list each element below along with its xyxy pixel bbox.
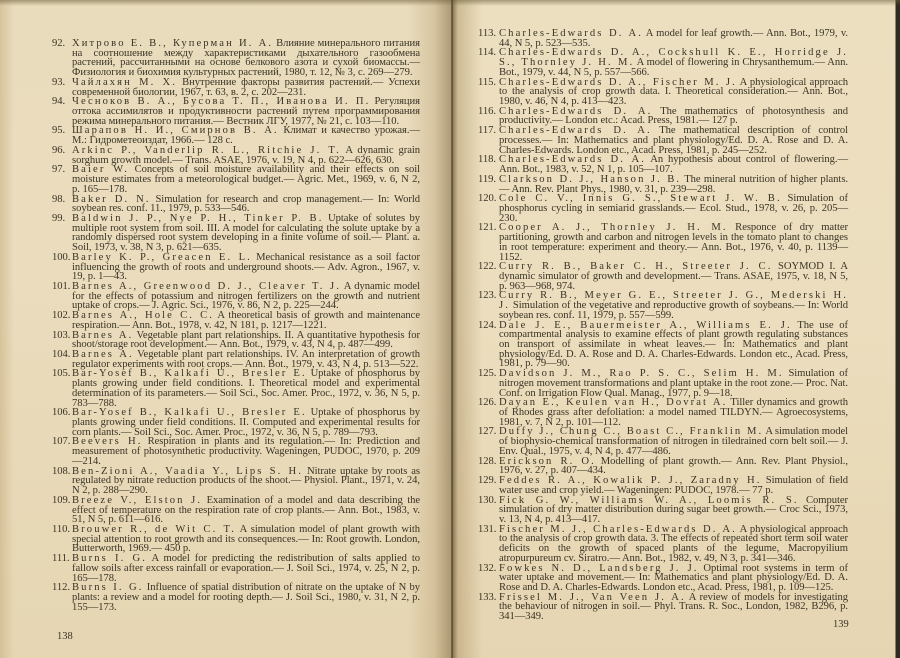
reference-number: 96.: [52, 146, 71, 156]
reference-number: 121.: [478, 223, 497, 233]
reference-item: 117.Charles-Edwards D. A. The mathematic…: [478, 126, 848, 155]
reference-number: 133.: [478, 593, 497, 603]
reference-number: 131.: [478, 525, 497, 535]
reference-item: 116.Charles-Edwards D. A. The mathematic…: [478, 107, 848, 126]
reference-number: 104.: [52, 350, 71, 360]
reference-item: 100.Barley K. P., Greacen E. L. Mechanic…: [52, 253, 420, 282]
reference-number: 93.: [52, 78, 71, 88]
reference-number: 108.: [52, 467, 71, 477]
reference-item: 125.Davidson J. M., Rao P. S. C., Selim …: [478, 369, 848, 398]
reference-item: 132.Fowkes N. D., Landsberg J. J. Optima…: [478, 564, 848, 593]
reference-number: 106.: [52, 408, 71, 418]
reference-number: 117.: [478, 126, 497, 136]
reference-item: 127.Duffy J., Chung C., Boast C., Frankl…: [478, 427, 848, 456]
reference-number: 120.: [478, 194, 497, 204]
page-top-shadow: [452, 0, 900, 6]
reference-item: 118.Charles-Edwards D. A. An hypothesis …: [478, 155, 848, 174]
reference-item: 97.Baier W. Concepts of soil moisture av…: [52, 165, 420, 194]
reference-item: 105.Bar-Yosef B., Kalkafi U., Bresler E.…: [52, 369, 420, 408]
page-number-right: 139: [833, 619, 849, 630]
reference-text: Simulation of the vegetative and reprodu…: [499, 300, 848, 321]
reference-number: 105.: [52, 369, 71, 379]
reference-number: 126.: [478, 398, 497, 408]
page-top-shadow: [0, 0, 452, 6]
reference-item: 94.Чесноков В. А., Бусова Т. П., Иванова…: [52, 97, 420, 126]
reference-number: 112.: [52, 583, 71, 593]
reference-number: 129.: [478, 476, 497, 486]
reference-number: 127.: [478, 427, 497, 437]
reference-item: 126.Dayan E., Keulen van H., Dovrat A. T…: [478, 398, 848, 427]
reference-item: 113.Charles-Edwards D. A. A model for le…: [478, 29, 848, 48]
reference-item: 115.Charles-Edwards D. A., Fischer M. J.…: [478, 78, 848, 107]
reference-item: 124.Dale J. E., Bauermeister A., William…: [478, 321, 848, 370]
reference-number: 98.: [52, 195, 71, 205]
reference-item: 112.Burns I. G. Influence of spatial dis…: [52, 583, 420, 612]
reference-item: 102.Barnes A., Hole C. C. A theoretical …: [52, 311, 420, 330]
reference-item: 111.Burns I. G. A model for predicting t…: [52, 554, 420, 583]
reference-number: 119.: [478, 175, 497, 185]
reference-number: 118.: [478, 155, 497, 165]
reference-number: 110.: [52, 525, 71, 535]
reference-list-right: 113.Charles-Edwards D. A. A model for le…: [478, 29, 848, 622]
reference-number: 100.: [52, 253, 71, 263]
reference-number: 125.: [478, 369, 497, 379]
reference-number: 101.: [52, 282, 71, 292]
reference-item: 95.Шарапов Н. И., Смирнов В. А. Климат и…: [52, 126, 420, 145]
reference-number: 107.: [52, 437, 71, 447]
reference-item: 106.Bar-Yosef B., Kalkafi U., Bresler E.…: [52, 408, 420, 437]
reference-item: 92.Хитрово Е. В., Куперман И. А. Влияние…: [52, 39, 420, 78]
reference-item: 129.Feddes R. A., Kowalik P. J., Zaradny…: [478, 476, 848, 495]
reference-number: 97.: [52, 165, 71, 175]
reference-number: 115.: [478, 78, 497, 88]
reference-number: 132.: [478, 564, 497, 574]
reference-item: 103.Barnes A. Vegetable plant part relat…: [52, 331, 420, 350]
reference-item: 99.Baldwin J. P., Nye P. H., Tinker P. B…: [52, 214, 420, 253]
reference-item: 101.Barnes A., Greenwood D. J., Cleaver …: [52, 282, 420, 311]
reference-number: 94.: [52, 97, 71, 107]
reference-list-left: 92.Хитрово Е. В., Куперман И. А. Влияние…: [52, 39, 420, 612]
reference-number: 102.: [52, 311, 71, 321]
reference-item: 122.Curry R. B., Baker C. H., Streeter J…: [478, 262, 848, 291]
reference-item: 119.Clarkson D. J., Hanson J. B. The min…: [478, 175, 848, 194]
reference-item: 110.Brouwer R., de Wit C. T. A simulatio…: [52, 525, 420, 554]
reference-number: 114.: [478, 48, 497, 58]
reference-number: 122.: [478, 262, 497, 272]
reference-item: 130.Fick G. W., Williams W. A., Loomis R…: [478, 496, 848, 525]
reference-item: 131.Fischer M. J., Charles-Edwards D. A.…: [478, 525, 848, 564]
reference-item: 123.Curry R. B., Meyer G. E., Streeter J…: [478, 291, 848, 320]
reference-number: 124.: [478, 321, 497, 331]
reference-item: 133.Frissel M. J., Van Veen J. A. A revi…: [478, 593, 848, 622]
reference-item: 128.Erickson R. O. Modelling of plant gr…: [478, 457, 848, 476]
reference-number: 111.: [52, 554, 71, 564]
reference-item: 98.Baker D. N. Simulation for research a…: [52, 195, 420, 214]
reference-item: 109.Breeze V., Elston J. Examination of …: [52, 496, 420, 525]
reference-number: 109.: [52, 496, 71, 506]
book-gutter-fold: [451, 0, 453, 658]
left-page: 92.Хитрово Е. В., Куперман И. А. Влияние…: [0, 0, 452, 658]
reference-item: 96.Arkinc P., Vanderlip R. L., Ritchie J…: [52, 146, 420, 165]
reference-number: 130.: [478, 496, 497, 506]
reference-item: 108.Ben-Zioni A., Vaadia Y., Lips S. H. …: [52, 467, 420, 496]
reference-number: 116.: [478, 107, 497, 117]
reference-number: 99.: [52, 214, 71, 224]
reference-item: 114.Charles-Edwards D. A., Cockshull K. …: [478, 48, 848, 77]
reference-number: 113.: [478, 29, 497, 39]
reference-number: 123.: [478, 291, 497, 301]
reference-item: 120.Cole C. V., Innis G. S., Stewart J. …: [478, 194, 848, 223]
reference-item: 107.Beevers H. Respiration in plants and…: [52, 437, 420, 466]
reference-number: 92.: [52, 39, 71, 49]
right-page: 113.Charles-Edwards D. A. A model for le…: [452, 0, 900, 658]
reference-number: 103.: [52, 331, 71, 341]
book-spread: 92.Хитрово Е. В., Куперман И. А. Влияние…: [0, 0, 900, 658]
reference-number: 128.: [478, 457, 497, 467]
reference-item: 104.Barnes A. Vegetable plant part relat…: [52, 350, 420, 369]
reference-item: 121.Cooper A. J., Thornley J. H. M. Resp…: [478, 223, 848, 262]
reference-item: 93.Чайлахян М. Х. Внутренние факторы раз…: [52, 78, 420, 97]
page-number-left: 138: [57, 631, 73, 642]
reference-number: 95.: [52, 126, 71, 136]
